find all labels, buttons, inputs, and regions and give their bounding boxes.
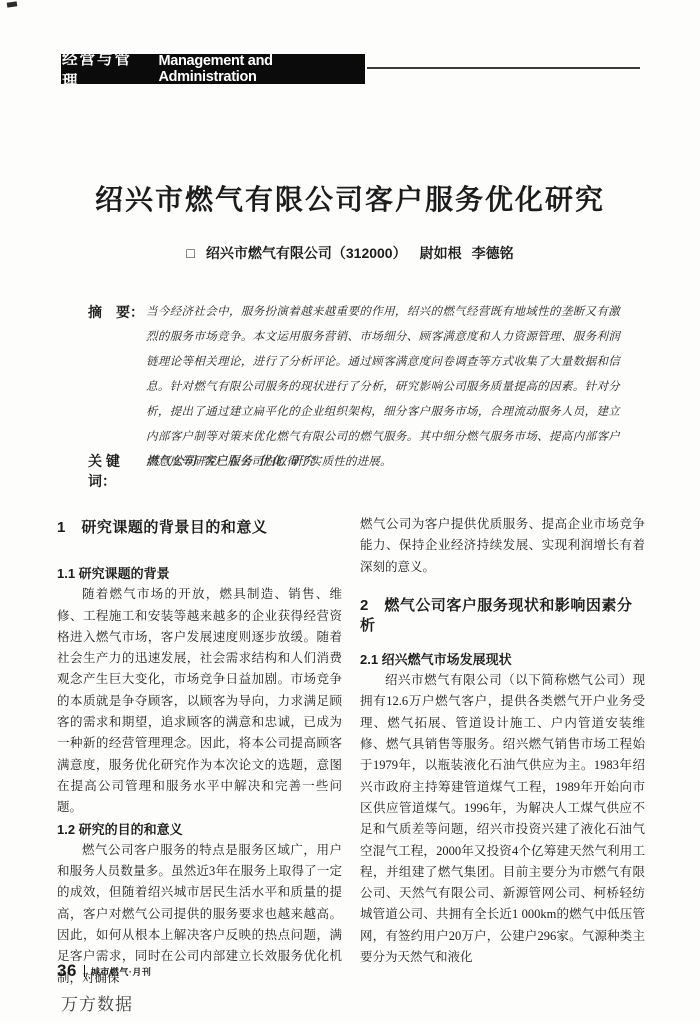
body-paragraph: 随着燃气市场的开放，燃具制造、销售、维修、工程施工和安装等越来越多的企业获得经营… — [57, 584, 342, 818]
keywords-block: 关 键 词： 燃气公司 客户服务 优化 研究 — [88, 451, 648, 491]
subsection-heading: 1.2 研究的目的和意义 — [57, 819, 342, 840]
abstract-label: 摘 要： — [88, 300, 146, 475]
abstract-text: 当今经济社会中，服务扮演着越来越重要的作用，绍兴的燃气经营既有地域性的垄断又有激… — [146, 300, 620, 475]
section-banner: 经营与管理 Management and Administration — [62, 55, 364, 83]
left-column: 1 研究课题的背景目的和意义 1.1 研究课题的背景 随着燃气市场的开放，燃具制… — [57, 514, 342, 989]
body-columns: 1 研究课题的背景目的和意义 1.1 研究课题的背景 随着燃气市场的开放，燃具制… — [57, 514, 645, 989]
scan-artifact — [7, 1, 18, 7]
footer-separator — [84, 965, 85, 977]
subsection-heading: 2.1 绍兴燃气市场发展现状 — [360, 649, 645, 670]
article-title: 绍兴市燃气有限公司客户服务优化研究 — [0, 178, 700, 218]
author-affiliation-marker: □ — [186, 245, 194, 261]
abstract-block: 摘 要： 当今经济社会中，服务扮演着越来越重要的作用，绍兴的燃气经营既有地域性的… — [88, 300, 620, 475]
banner-rule — [367, 67, 640, 69]
section-label-en: Management and Administration — [158, 53, 364, 85]
wanfang-watermark: 万方数据 — [61, 990, 133, 1015]
author-name: 李德铭 — [472, 245, 514, 261]
section-label-zh: 经营与管理 — [62, 47, 145, 91]
body-paragraph-continued: 燃气公司为客户提供优质服务、提高企业市场竞争能力、保持企业经济持续发展、实现利润… — [360, 514, 645, 578]
page-number: 36 — [57, 961, 77, 981]
keywords-text: 燃气公司 客户服务 优化 研究 — [146, 451, 315, 491]
byline: □绍兴市燃气有限公司（312000）尉如根李德铭 — [0, 243, 700, 263]
body-paragraph: 绍兴市燃气有限公司（以下简称燃气公司）现拥有12.6万户燃气客户，提供各类燃气开… — [360, 670, 645, 968]
author-affiliation: 绍兴市燃气有限公司（312000） — [206, 245, 407, 261]
page-footer: 36 城市燃气·月刊 — [57, 961, 151, 981]
keywords-label: 关 键 词： — [88, 451, 146, 491]
journal-name: 城市燃气·月刊 — [91, 965, 152, 978]
subsection-heading: 1.1 研究课题的背景 — [57, 563, 342, 584]
right-column: 燃气公司为客户提供优质服务、提高企业市场竞争能力、保持企业经济持续发展、实现利润… — [360, 514, 645, 989]
author-name: 尉如根 — [420, 245, 462, 261]
section-heading: 1 研究课题的背景目的和意义 — [57, 518, 342, 538]
section-heading: 2 燃气公司客户服务现状和影响因素分析 — [360, 596, 645, 636]
journal-page: 经营与管理 Management and Administration 绍兴市燃… — [0, 0, 700, 1023]
